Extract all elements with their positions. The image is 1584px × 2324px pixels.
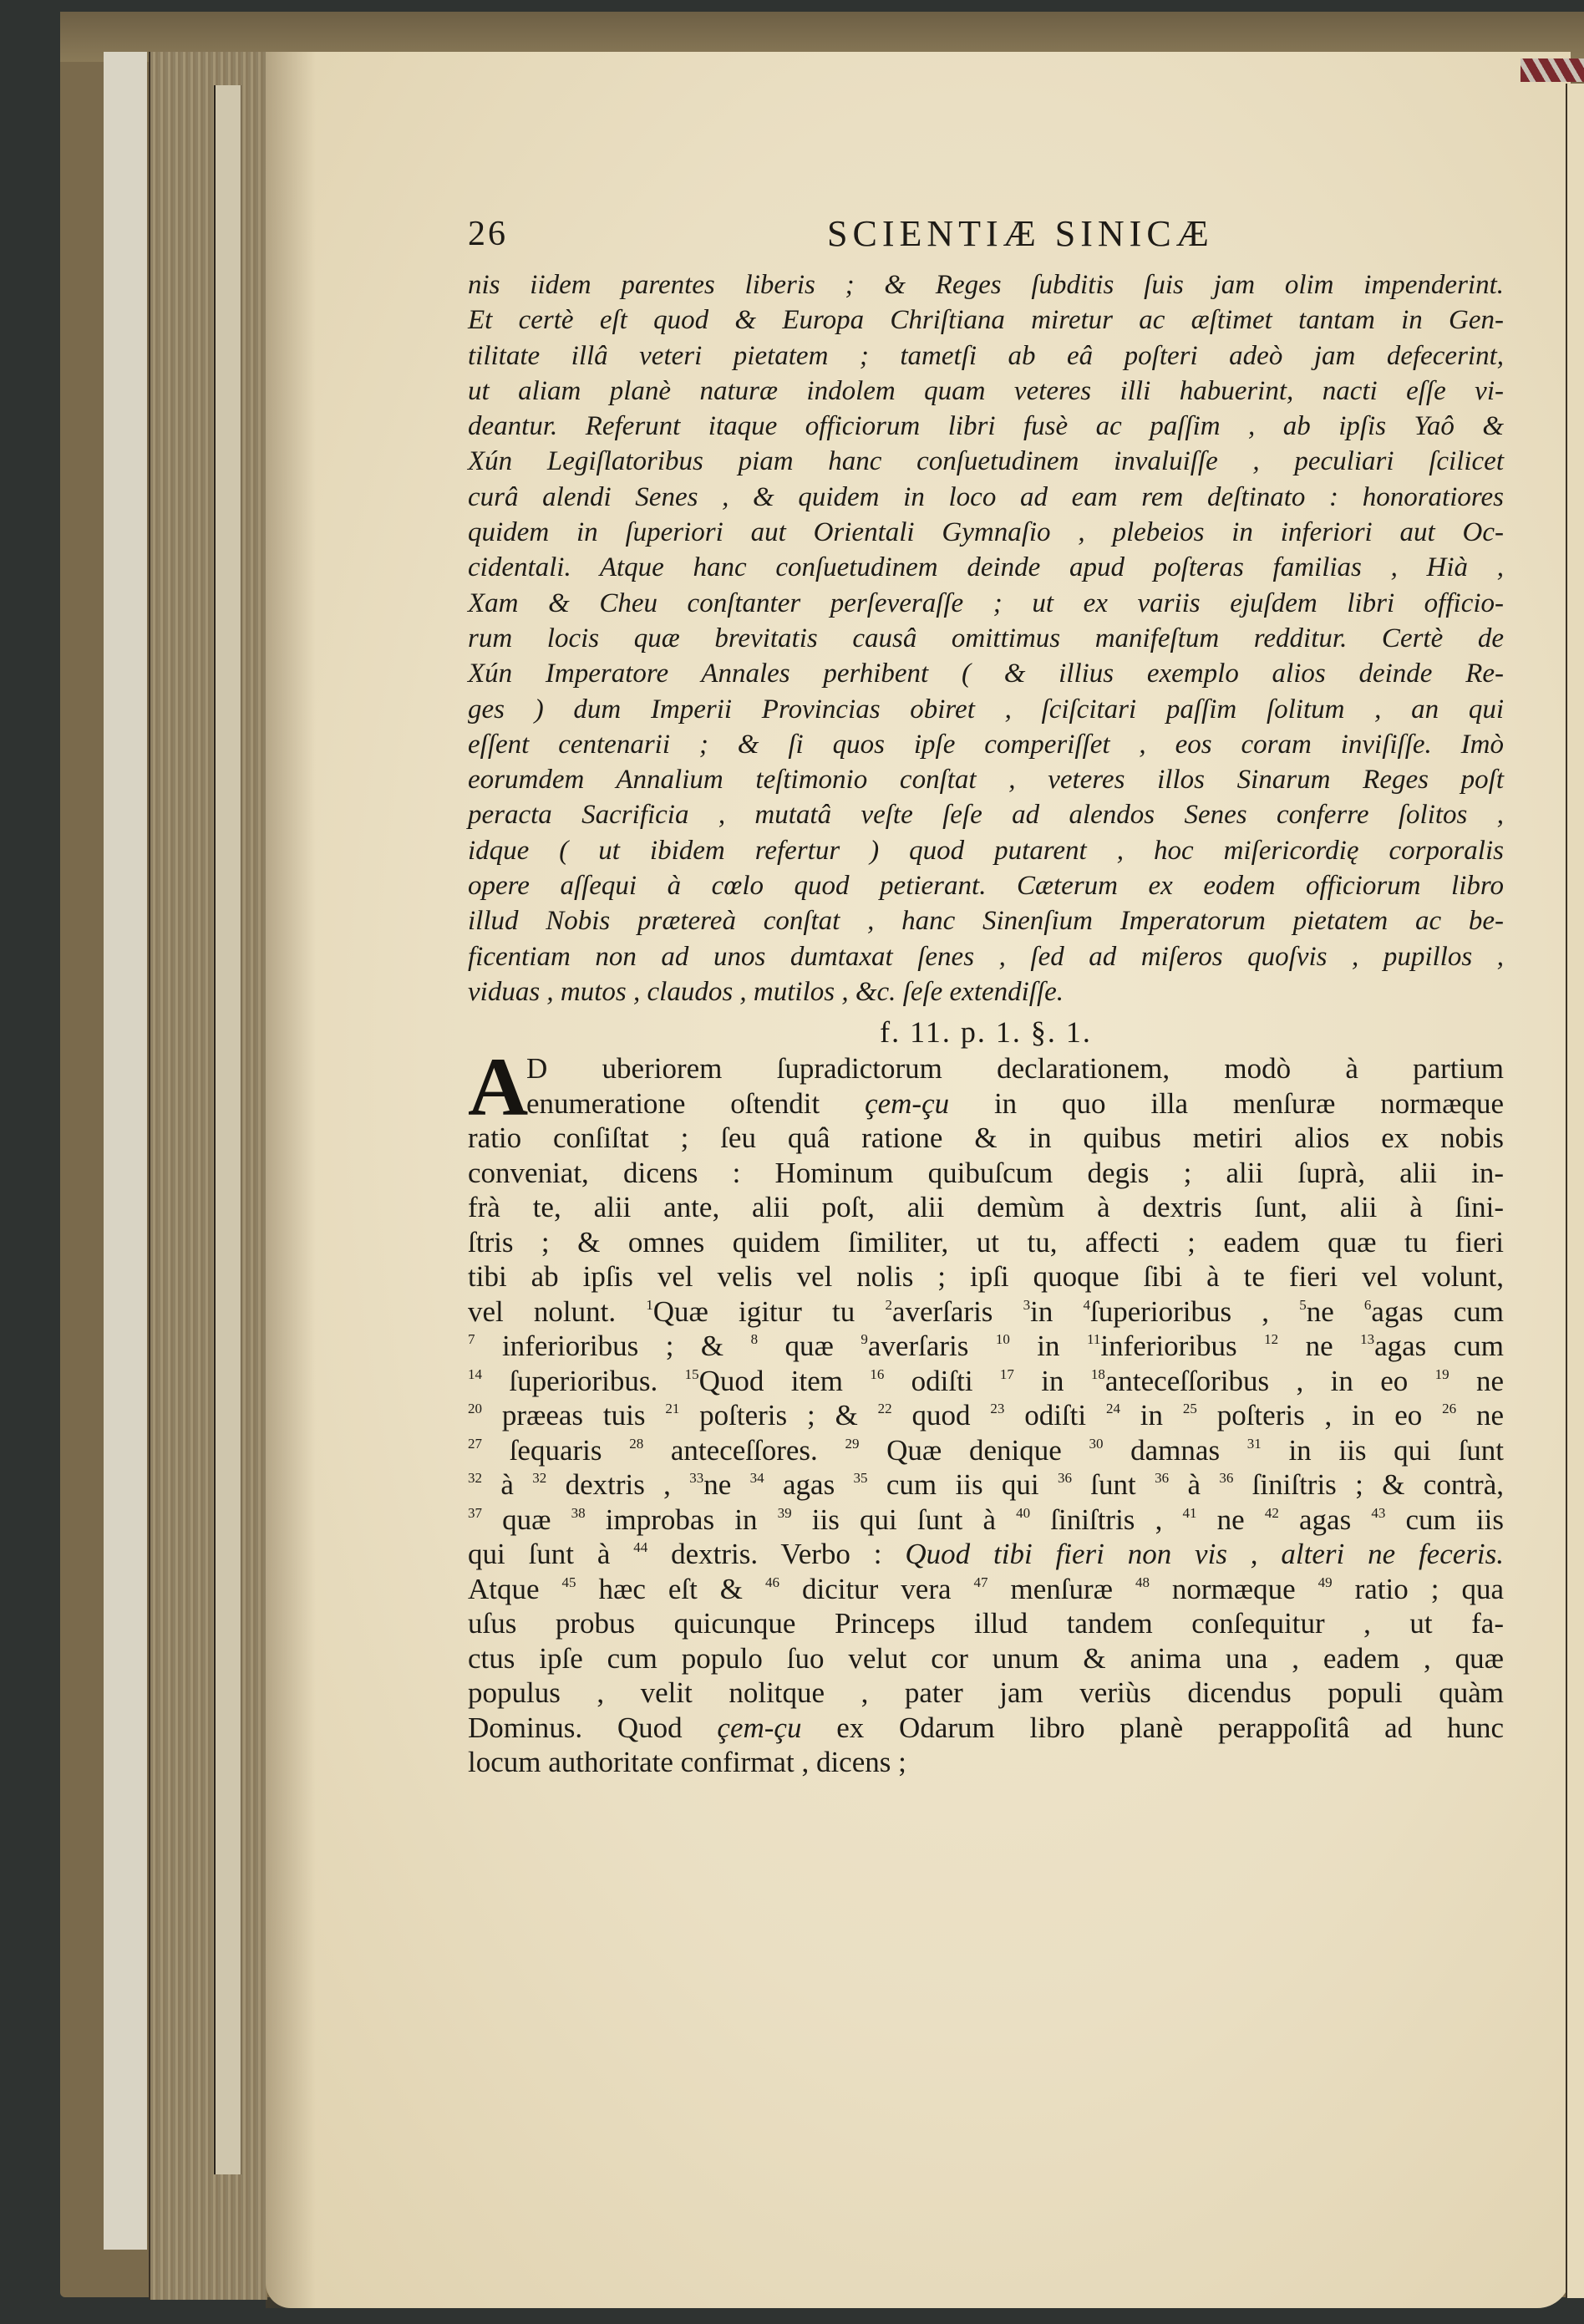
text-run: ratio conſiſtat ; ſeu quâ ratione & in q…: [468, 1121, 1504, 1154]
footnote-marker: 36: [1155, 1470, 1169, 1486]
text-run: ne: [1307, 1295, 1364, 1328]
italic-text: çem-çu: [865, 1087, 949, 1120]
footnote-marker: 32: [468, 1470, 482, 1486]
text-run: Quæ igitur tu: [653, 1295, 886, 1328]
text-line: D uberiorem ſupradictorum declarationem,…: [468, 1051, 1504, 1086]
italic-text: Quod tibi fieri non vis , alteri ne fece…: [905, 1538, 1504, 1570]
stacked-page-edges: [149, 52, 267, 2300]
text-run: à: [1169, 1468, 1219, 1501]
text-run: inferioribus ; &: [475, 1330, 751, 1362]
text-run: ex Odarum libro planè perappoſitâ ad hun…: [801, 1711, 1504, 1744]
text-line: 27 ſequaris 28 anteceſſores. 29 Quæ deni…: [468, 1433, 1504, 1468]
text-run: cum iis: [1385, 1503, 1504, 1536]
text-line: locum authoritate confirmat , dicens ;: [468, 1745, 1504, 1780]
text-line: eorumdem Annalium teſtimonio conſtat , v…: [468, 762, 1504, 797]
text-run: odiſti: [1004, 1399, 1106, 1432]
text-line: conveniat, dicens : Hominum quibuſcum de…: [468, 1156, 1504, 1191]
text-line: Et certè eſt quod & Europa Chriſtiana mi…: [468, 303, 1504, 338]
text-run: agas cum: [1374, 1330, 1504, 1362]
footnote-marker: 10: [996, 1331, 1010, 1347]
text-line: deantur. Referunt itaque officiorum libr…: [468, 409, 1504, 444]
footnote-marker: 46: [765, 1574, 779, 1590]
footnote-marker: 31: [1247, 1436, 1262, 1452]
text-run: ſequaris: [482, 1434, 629, 1467]
footnote-marker: 41: [1183, 1505, 1197, 1521]
italic-text: çem-çu: [717, 1711, 801, 1744]
text-run: enumeratione oſtendit: [526, 1087, 865, 1120]
footnote-marker: 48: [1135, 1574, 1150, 1590]
footnote-marker: 43: [1371, 1505, 1385, 1521]
text-run: quæ: [758, 1330, 861, 1362]
text-line: Xún Imperatore Annales perhibent ( & ill…: [468, 656, 1504, 691]
text-run: inferioribus: [1100, 1330, 1264, 1362]
footnote-marker: 8: [751, 1331, 759, 1347]
text-run: tibi ab ipſis vel velis vel nolis ; ipſi…: [468, 1260, 1504, 1293]
text-run: Quod item: [699, 1365, 871, 1397]
footnote-marker: 39: [778, 1505, 792, 1521]
footnote-marker: 12: [1264, 1331, 1278, 1347]
footnote-marker: 47: [974, 1574, 988, 1590]
footnote-marker: 24: [1106, 1401, 1120, 1416]
text-run: conveniat, dicens : Hominum quibuſcum de…: [468, 1157, 1504, 1189]
text-run: ſiniſtris ; & contrà,: [1233, 1468, 1504, 1501]
text-run: cum iis qui: [868, 1468, 1058, 1501]
text-line: quidem in ſuperiori aut Orientali Gymnaſ…: [468, 515, 1504, 550]
text-run: agas cum: [1371, 1295, 1504, 1328]
footnote-marker: 14: [468, 1366, 482, 1382]
text-line: nis iidem parentes liberis ; & Reges ſub…: [468, 267, 1504, 303]
text-line: Atque 45 hæc eſt & 46 dicitur vera 47 me…: [468, 1572, 1504, 1607]
text-line: curâ alendi Senes , & quidem in loco ad …: [468, 480, 1504, 515]
text-line: eſſent centenarii ; & ſi quos ipſe compe…: [468, 727, 1504, 762]
footnote-marker: 44: [633, 1539, 647, 1555]
text-line: Dominus. Quod çem-çu ex Odarum libro pla…: [468, 1711, 1504, 1746]
text-run: ſunt: [1072, 1468, 1155, 1501]
text-line: opere aſſequi à cœlo quod petierant. Cæt…: [468, 868, 1504, 903]
text-run: in: [1010, 1330, 1087, 1362]
text-block: 26 SCIENTIÆ SINICÆ nis iidem parentes li…: [468, 209, 1504, 1780]
text-run: ctus ipſe cum populo ſuo velut cor unum …: [468, 1642, 1504, 1675]
text-run: D uberiorem ſupradictorum declarationem,…: [526, 1052, 1504, 1085]
text-line: cidentali. Atque hanc conſuetudinem dein…: [468, 550, 1504, 585]
endpaper-strip: [104, 52, 147, 2250]
text-run: hæc eſt &: [576, 1573, 765, 1605]
text-line: vel nolunt. 1Quæ igitur tu 2averſaris 3i…: [468, 1294, 1504, 1330]
footnote-marker: 11: [1087, 1331, 1100, 1347]
text-run: normæque: [1150, 1573, 1318, 1605]
text-line: ut aliam planè naturæ indolem quam veter…: [468, 374, 1504, 409]
text-line: Xún Legiſlatoribus piam hanc conſuetudin…: [468, 444, 1504, 479]
text-line: uſus probus quicunque Princeps illud tan…: [468, 1606, 1504, 1641]
text-run: ſiniſtris ,: [1030, 1503, 1182, 1536]
text-line: 20 præeas tuis 21 poſteris ; & 22 quod 2…: [468, 1398, 1504, 1433]
text-line: frà te, alii ante, alii poſt, alii demùm…: [468, 1190, 1504, 1225]
text-line: ctus ipſe cum populo ſuo velut cor unum …: [468, 1641, 1504, 1676]
footnote-marker: 17: [1000, 1366, 1014, 1382]
text-line: 7 inferioribus ; & 8 quæ 9averſaris 10 i…: [468, 1329, 1504, 1364]
text-line: rum locis quæ brevitatis causâ omittimus…: [468, 621, 1504, 656]
text-run: Atque: [468, 1573, 562, 1605]
text-run: ſuperioribus ,: [1090, 1295, 1299, 1328]
bookmark-strip: [214, 85, 241, 2174]
text-run: damnas: [1103, 1434, 1246, 1467]
text-run: odiſti: [884, 1365, 1000, 1397]
text-line: enumeratione oſtendit çem-çu in quo illa…: [468, 1086, 1504, 1121]
footnote-marker: 15: [685, 1366, 699, 1382]
text-run: præeas tuis: [482, 1399, 665, 1432]
text-run: frà te, alii ante, alii poſt, alii demùm…: [468, 1191, 1504, 1223]
drop-cap: A: [468, 1053, 528, 1121]
text-run: uſus probus quicunque Princeps illud tan…: [468, 1607, 1504, 1640]
footnote-marker: 27: [468, 1436, 482, 1452]
text-run: locum authoritate confirmat , dicens ;: [468, 1746, 906, 1778]
footnote-marker: 3: [1023, 1297, 1031, 1313]
footnote-marker: 22: [878, 1401, 892, 1416]
text-run: poſteris ; &: [679, 1399, 877, 1432]
facing-page-edge: [1566, 84, 1584, 2298]
text-run: in: [1120, 1399, 1183, 1432]
text-run: quod: [892, 1399, 991, 1432]
footnote-marker: 9: [861, 1331, 868, 1347]
roman-paragraph: D uberiorem ſupradictorum declarationem,…: [468, 1051, 1504, 1780]
text-line: populus , velit nolitque , pater jam ver…: [468, 1676, 1504, 1711]
text-run: anteceſſores.: [643, 1434, 845, 1467]
text-run: à: [482, 1468, 532, 1501]
text-run: dextris. Verbo :: [647, 1538, 905, 1570]
footnote-marker: 25: [1183, 1401, 1197, 1416]
text-run: ne: [1456, 1399, 1504, 1432]
text-line: ſtris ; & omnes quidem ſimiliter, ut tu,…: [468, 1225, 1504, 1260]
section-heading: f. 11. p. 1. §. 1.: [468, 1013, 1504, 1051]
footnote-marker: 2: [885, 1297, 892, 1313]
footnote-marker: 28: [629, 1436, 643, 1452]
page-number: 26: [468, 214, 508, 254]
text-run: ne: [1278, 1330, 1360, 1362]
text-run: vel nolunt.: [468, 1295, 646, 1328]
text-run: populus , velit nolitque , pater jam ver…: [468, 1676, 1504, 1709]
footnote-marker: 40: [1016, 1505, 1030, 1521]
footnote-marker: 1: [646, 1297, 653, 1313]
footnote-marker: 21: [665, 1401, 679, 1416]
text-line: 32 à 32 dextris , 33ne 34 agas 35 cum ii…: [468, 1467, 1504, 1503]
text-line: Xam & Cheu conſtanter perſeveraſſe ; ut …: [468, 586, 1504, 621]
text-run: ſuperioribus.: [482, 1365, 685, 1397]
headband: [1521, 58, 1584, 82]
footnote-marker: 16: [870, 1366, 884, 1382]
footnote-marker: 33: [689, 1470, 703, 1486]
footnote-marker: 34: [750, 1470, 764, 1486]
footnote-marker: 4: [1083, 1297, 1090, 1313]
text-run: dextris ,: [546, 1468, 689, 1501]
running-head: 26 SCIENTIÆ SINICÆ: [468, 209, 1504, 267]
text-line: ges ) dum Imperii Provincias obiret , ſc…: [468, 692, 1504, 727]
footnote-marker: 49: [1318, 1574, 1333, 1590]
text-line: illud Nobis prætereà conſtat , hanc Sine…: [468, 903, 1504, 938]
footnote-marker: 23: [990, 1401, 1004, 1416]
footnote-marker: 5: [1299, 1297, 1307, 1313]
text-run: improbas in: [586, 1503, 778, 1536]
text-line: peracta Sacrificia , mutatâ veſte ſeſe a…: [468, 797, 1504, 832]
text-run: ne: [703, 1468, 749, 1501]
text-line: ficentiam non ad unos dumtaxat ſenes , ſ…: [468, 939, 1504, 974]
text-line: tibi ab ipſis vel velis vel nolis ; ipſi…: [468, 1259, 1504, 1294]
roman-paragraph-wrap: A D uberiorem ſupradictorum declaratione…: [468, 1051, 1504, 1780]
text-run: in: [1030, 1295, 1083, 1328]
text-run: Dominus. Quod: [468, 1711, 717, 1744]
footnote-marker: 18: [1091, 1366, 1105, 1382]
text-line: 14 ſuperioribus. 15Quod item 16 odiſti 1…: [468, 1364, 1504, 1399]
text-run: averſaris: [892, 1295, 1023, 1328]
text-run: iis qui ſunt à: [792, 1503, 1017, 1536]
text-run: quæ: [482, 1503, 571, 1536]
italic-paragraph: nis iidem parentes liberis ; & Reges ſub…: [468, 267, 1504, 1009]
footnote-marker: 36: [1058, 1470, 1072, 1486]
footnote-marker: 7: [468, 1331, 475, 1347]
footnote-marker: 13: [1360, 1331, 1374, 1347]
text-run: menſuræ: [988, 1573, 1135, 1605]
text-run: dicitur vera: [779, 1573, 974, 1605]
footnote-marker: 26: [1442, 1401, 1456, 1416]
text-run: ne: [1197, 1503, 1265, 1536]
text-run: averſaris: [868, 1330, 996, 1362]
text-run: in quo illa menſuræ normæque: [949, 1087, 1504, 1120]
footnote-marker: 30: [1089, 1436, 1103, 1452]
footnote-marker: 32: [532, 1470, 546, 1486]
footnote-marker: 35: [854, 1470, 868, 1486]
footnote-marker: 42: [1265, 1505, 1279, 1521]
text-run: ſtris ; & omnes quidem ſimiliter, ut tu,…: [468, 1226, 1504, 1259]
text-line: ratio conſiſtat ; ſeu quâ ratione & in q…: [468, 1121, 1504, 1156]
footnote-marker: 20: [468, 1401, 482, 1416]
text-run: in: [1014, 1365, 1091, 1397]
footnote-marker: 45: [562, 1574, 576, 1590]
text-run: in iis qui ſunt: [1262, 1434, 1504, 1467]
text-run: ratio ; qua: [1333, 1573, 1504, 1605]
text-run: agas: [764, 1468, 854, 1501]
running-title: SCIENTIÆ SINICÆ: [827, 212, 1214, 255]
footnote-marker: 19: [1435, 1366, 1449, 1382]
footnote-marker: 37: [468, 1505, 482, 1521]
text-run: ne: [1449, 1365, 1504, 1397]
text-line: tilitate illâ veteri pietatem ; tametſi …: [468, 338, 1504, 374]
text-line: 37 quæ 38 improbas in 39 iis qui ſunt à …: [468, 1503, 1504, 1538]
footnote-marker: 36: [1219, 1470, 1233, 1486]
text-run: Quæ denique: [859, 1434, 1089, 1467]
text-run: qui ſunt à: [468, 1538, 633, 1570]
footnote-marker: 29: [845, 1436, 859, 1452]
text-line: viduas , mutos , claudos , mutilos , &c.…: [468, 974, 1504, 1009]
footnote-marker: 38: [571, 1505, 586, 1521]
gutter-shadow: [266, 52, 316, 2308]
text-line: idque ( ut ibidem refertur ) quod putare…: [468, 833, 1504, 868]
text-run: agas: [1279, 1503, 1372, 1536]
text-run: anteceſſoribus , in eo: [1105, 1365, 1435, 1397]
text-line: qui ſunt à 44 dextris. Verbo : Quod tibi…: [468, 1537, 1504, 1572]
text-run: poſteris , in eo: [1197, 1399, 1442, 1432]
